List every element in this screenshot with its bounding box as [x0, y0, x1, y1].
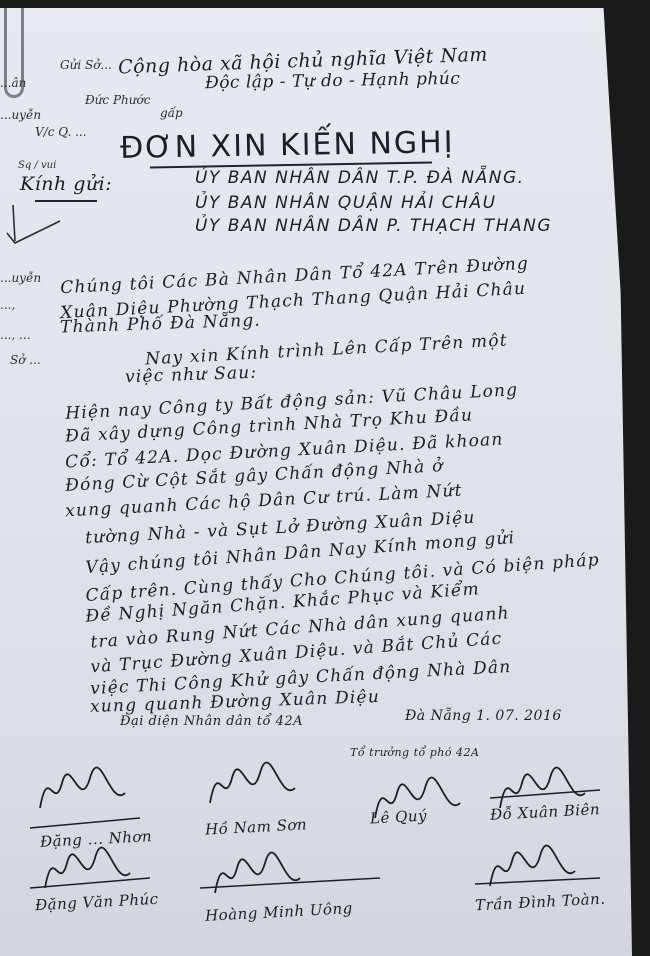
signature-scribble [210, 763, 295, 803]
signature-line [30, 818, 140, 828]
signature-line [200, 878, 380, 888]
paper-sheet: ...ân Gửi Sở... ...uyễn Đức Phước V/c Q.… [0, 8, 632, 956]
signature-scribble [40, 768, 125, 808]
signatory-name: Lê Quý [370, 807, 428, 828]
signature-scribble [45, 848, 130, 888]
signature-line [475, 878, 600, 884]
signature-line [30, 878, 150, 888]
